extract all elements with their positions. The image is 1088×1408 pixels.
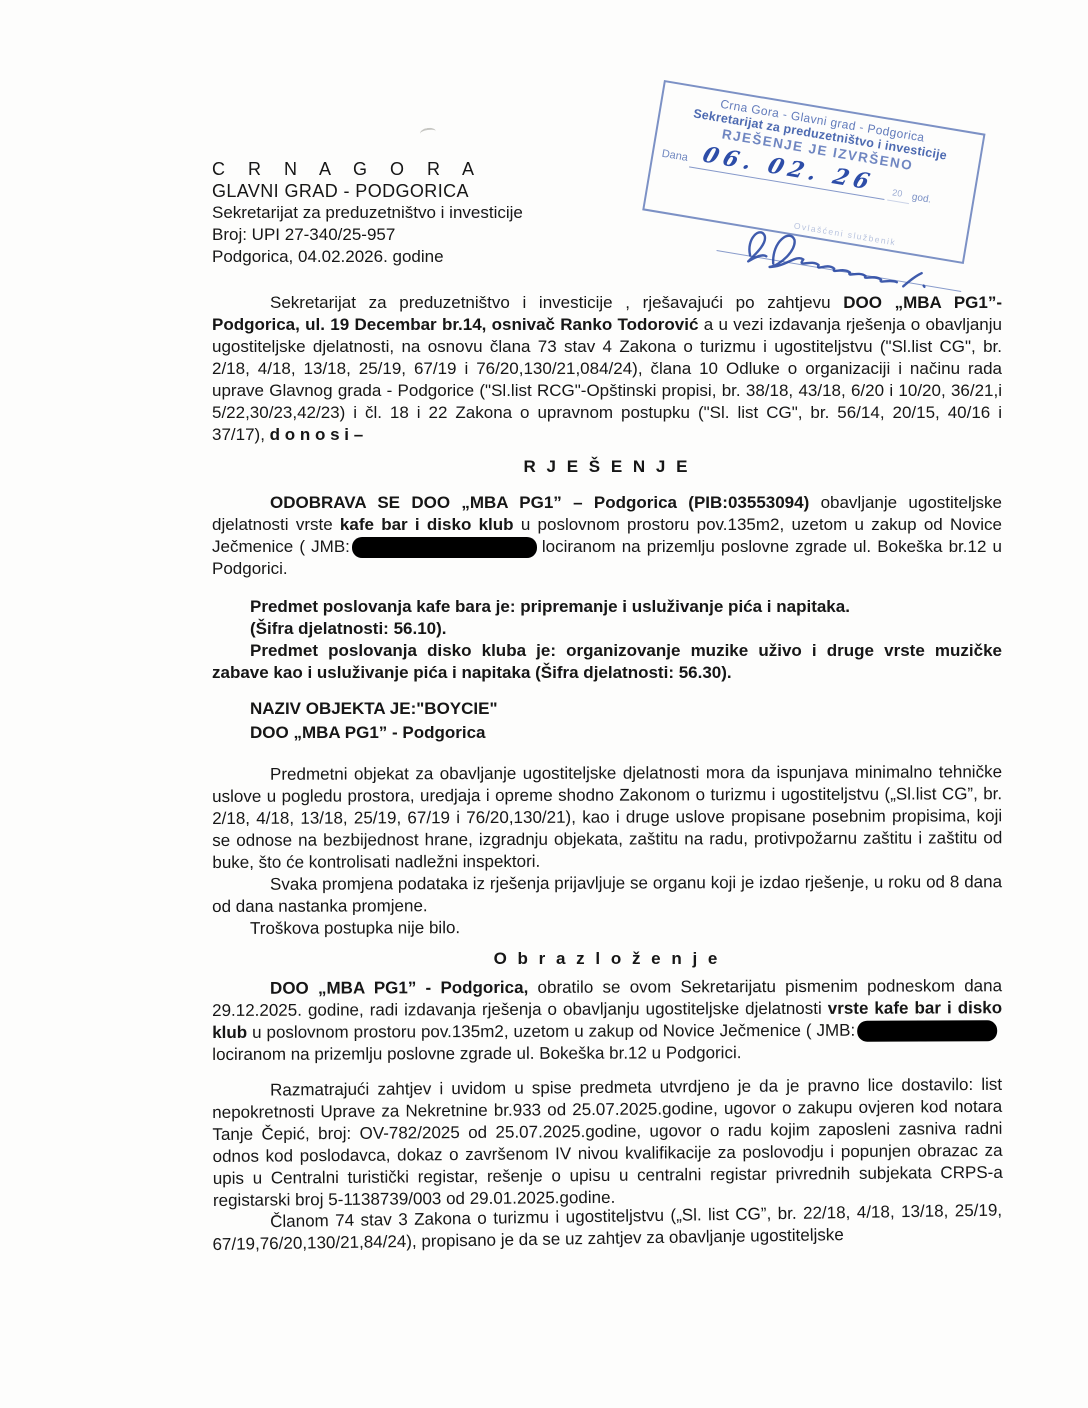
- scanned-document-page: Crna Gora - Glavni grad - Podgorica Sekr…: [0, 0, 1088, 1408]
- subject-cafe-line: Predmet poslovanja kafe bara je: priprem…: [212, 596, 1002, 618]
- letterhead-department: Sekretarijat za preduzetništvo i investi…: [212, 202, 523, 224]
- scan-smudge: [419, 127, 436, 138]
- changes-paragraph: Svaka promjena podataka iz rješenja prij…: [212, 871, 1002, 918]
- subject-cafe-code-line: (Šifra djelatnosti: 56.10).: [212, 618, 1002, 640]
- stamp-date-suffix: god.: [911, 192, 932, 208]
- letterhead-city: GLAVNI GRAD - PODGORICA: [212, 180, 523, 202]
- execution-stamp: Crna Gora - Glavni grad - Podgorica Sekr…: [642, 80, 985, 264]
- letterhead-place-date: Podgorica, 04.02.2026. godine: [212, 246, 523, 268]
- intro-paragraph: Sekretarijat za preduzetništvo i investi…: [212, 292, 1002, 446]
- object-name-line: NAZIV OBJEKTA JE:"BOYCIE": [212, 698, 1002, 720]
- text-run: ODOBRAVA SE DOO „MBA PG1” – Podgorica (P…: [270, 493, 809, 512]
- letterhead: C R N A G O R A GLAVNI GRAD - PODGORICA …: [212, 158, 523, 268]
- stamp-year-prefix: 20: [887, 187, 911, 204]
- text-run: Sekretarijat za preduzetništvo i investi…: [270, 293, 843, 312]
- text-run: kafe bar i disko klub: [340, 515, 514, 534]
- conditions-paragraph: Predmetni objekat za obavljanje ugostite…: [212, 761, 1002, 874]
- rationale-paragraph-1: DOO „MBA PG1” - Podgorica, obratilo se o…: [212, 975, 1002, 1066]
- text-run: lociranom na prizemlju poslovne zgrade u…: [212, 1043, 741, 1064]
- approval-paragraph: ODOBRAVA SE DOO „MBA PG1” – Podgorica (P…: [212, 492, 1002, 580]
- resolution-heading: R J E Š E N J E: [212, 456, 1002, 478]
- letterhead-country: C R N A G O R A: [212, 158, 523, 180]
- object-company-line: DOO „MBA PG1” - Podgorica: [212, 722, 1002, 744]
- letterhead-case-number: Broj: UPI 27-340/25-957: [212, 224, 523, 246]
- text-run: d o n o s i –: [270, 425, 364, 444]
- costs-line: Troškova postupka nije bilo.: [212, 915, 1002, 940]
- stamp-date-label: Dana: [660, 148, 688, 167]
- text-run: u poslovnom prostoru pov.135m2, uzetom u…: [247, 1021, 855, 1042]
- stamp-signature-block: Ovlašćeni službenik: [716, 209, 968, 292]
- redacted-jmb: [857, 1020, 997, 1041]
- subject-disco-paragraph: Predmet poslovanja disko kluba je: organ…: [212, 640, 1002, 684]
- redacted-jmb: [352, 537, 537, 558]
- text-run: DOO „MBA PG1” - Podgorica,: [270, 978, 528, 998]
- rationale-heading: O b r a z l o ž e n j e: [212, 948, 1002, 970]
- rationale-paragraph-2: Razmatrajući zahtjev i uvidom u spise pr…: [212, 1074, 1003, 1212]
- document-body: Sekretarijat za preduzetništvo i investi…: [212, 292, 1002, 1256]
